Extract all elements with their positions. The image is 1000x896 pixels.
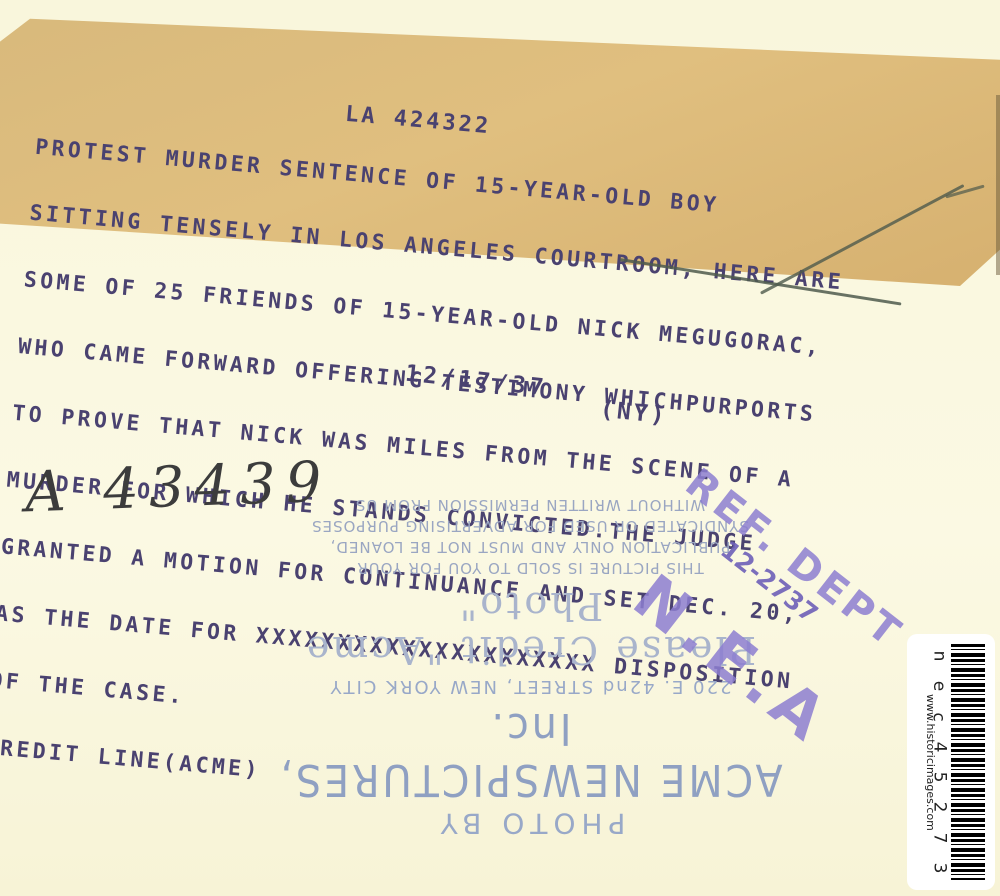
barcode-characters: n e c 4 5 2 7 3 (931, 646, 947, 878)
barcode-icon (951, 644, 985, 880)
photo-edge-shadow (996, 95, 1000, 275)
stamp-photo-by: PHOTO BY (230, 807, 830, 840)
barcode-char: e (929, 681, 949, 691)
stamp-company: ACME NEWSPICTURES, Inc. (230, 703, 830, 805)
barcode-char: 5 (929, 772, 949, 783)
barcode-char: c (929, 712, 949, 721)
barcode-char: 3 (929, 863, 949, 874)
barcode-char: n (929, 651, 949, 662)
barcode-char: 7 (929, 832, 949, 843)
barcode-char: 4 (929, 741, 949, 752)
barcode-label: www.historicimages.com n e c 4 5 2 7 3 (907, 634, 995, 890)
barcode-char: 2 (929, 802, 949, 813)
